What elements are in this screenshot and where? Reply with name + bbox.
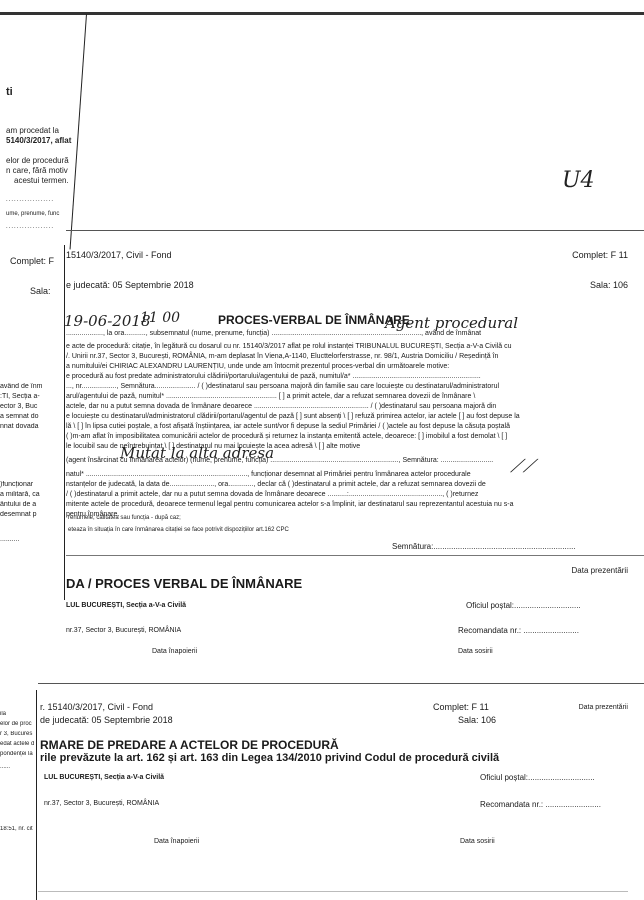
handwritten-motive: Mutat la alta adresa xyxy=(120,444,274,462)
divider xyxy=(66,555,644,556)
body-line: /. Unirii nr.37, Sector 3, București, RO… xyxy=(66,353,498,360)
body-line: ( )m-am aflat în imposibilitatea comunic… xyxy=(66,433,507,440)
left-fragment: a semnat do xyxy=(0,413,64,420)
case-number: 15140/3/2017, Civil - Fond xyxy=(66,250,172,260)
section-title: DA / PROCES VERBAL DE ÎNMÂNARE xyxy=(66,576,302,591)
page-overlap-edge xyxy=(64,245,65,600)
left-fragment: pondenței la xyxy=(0,751,36,757)
data-sosirii: Data sosirii xyxy=(460,838,495,845)
section-title: RMARE DE PREDARE A ACTELOR DE PROCEDURĂ xyxy=(40,738,339,752)
left-fragment: .................. xyxy=(6,224,54,230)
body-line: arul/agentului de pază, numitul* .......… xyxy=(66,393,475,400)
footnote: eteaza în situația în care înmânarea cit… xyxy=(68,527,289,533)
left-fragment: n care, fără motiv xyxy=(6,166,68,175)
body-line: mitente actele de procedură, deoarece te… xyxy=(66,501,513,508)
body-line: lă \ [ ] în lipsa cutiei poștale, a fost… xyxy=(66,423,510,430)
body-line: a numitului/ei CHIRIAC ALEXANDRU LAURENȚ… xyxy=(66,363,449,370)
left-fragment: ...... xyxy=(0,764,36,770)
left-fragment: Complet: F xyxy=(10,256,54,266)
left-fragment: .................. xyxy=(6,197,54,203)
signature-line: Semnătura:..............................… xyxy=(392,542,576,551)
left-fragment: nnat dovada xyxy=(0,423,64,430)
body-line: nstanțelor de judecată, la data de......… xyxy=(66,481,486,488)
sala-label: Sala: 106 xyxy=(458,715,496,725)
page-fold-edge xyxy=(70,14,87,249)
body-line: ..................., la ora..........., … xyxy=(66,330,481,337)
signature-scribble: ⟋⟋ xyxy=(510,456,535,477)
body-line: natul* .................................… xyxy=(66,471,471,478)
left-fragment: desemnat p xyxy=(0,511,64,518)
left-fragment: am procedat la xyxy=(6,126,59,135)
court-name: LUL BUCUREȘTI, Secția a-V-a Civilă xyxy=(44,774,164,781)
left-fragment: )funcționar xyxy=(0,481,64,488)
left-fragment: Sala: xyxy=(30,286,51,296)
left-fragment: r 3, Bucures xyxy=(0,731,36,737)
section-subtitle: rile prevăzute la art. 162 și art. 163 d… xyxy=(40,752,499,764)
court-name: LUL BUCUREȘTI, Secția a-V-a Civilă xyxy=(66,602,186,609)
left-fragment: ector 3, Buc xyxy=(0,403,64,410)
handwritten-time: 11 00 xyxy=(140,310,180,326)
left-fragment: ântului de a xyxy=(0,501,64,508)
handwritten-date: 19-06-2018 xyxy=(64,312,150,330)
hearing-date: de judecată: 05 Septembrie 2018 xyxy=(40,715,173,725)
recomandata-field: Recomandata nr.: .......................… xyxy=(480,800,601,809)
complet-label: Complet: F 11 xyxy=(572,250,628,260)
left-fragment: 5140/3/2017, aflat xyxy=(6,136,71,145)
footnote: renumele, calitatea sau funcția - după c… xyxy=(68,515,181,521)
complet-label: Complet: F 11 xyxy=(433,702,489,712)
body-line: e procedură au fost predate administrato… xyxy=(66,373,481,380)
body-line: actele, dar nu a putut semna dovada de î… xyxy=(66,403,496,410)
handwritten-page-mark: U4 xyxy=(562,168,595,193)
document-title: PROCES-VERBAL DE ÎNMÂNARE xyxy=(218,313,410,327)
sala-label: Sala: 106 xyxy=(590,280,628,290)
divider xyxy=(38,683,644,684)
left-fragment: 18:51, nr. cit xyxy=(0,826,36,832)
divider xyxy=(66,230,644,231)
data-sosirii: Data sosirii xyxy=(458,648,493,655)
body-line: e locuiește cu destinatarul/administrato… xyxy=(66,413,520,420)
hearing-date: e judecată: 05 Septembrie 2018 xyxy=(66,280,194,290)
court-address: nr.37, Sector 3, București, ROMÂNIA xyxy=(66,627,181,634)
data-inapoierii: Data înapoierii xyxy=(154,838,199,845)
left-fragment: edat actele d xyxy=(0,741,36,747)
left-fragment: :TI, Secția a- xyxy=(0,393,64,400)
court-address: nr.37, Sector 3, București, ROMÂNIA xyxy=(44,800,159,807)
data-inapoierii: Data înapoierii xyxy=(152,648,197,655)
left-fragment: ilă xyxy=(0,711,36,717)
data-prezentarii: Data prezentării xyxy=(579,704,628,711)
body-line: / ( )destinatarul a primit actele, dar n… xyxy=(66,491,478,498)
recomandata-field: Recomandata nr.: .......................… xyxy=(458,626,579,635)
scan-top-border xyxy=(0,12,644,15)
divider xyxy=(38,891,628,892)
left-fragment: ume, prenume, func xyxy=(6,211,59,217)
oficiul-postal-field: Oficiul poștal:.........................… xyxy=(466,601,581,610)
body-line: ..., nr.................., Semnătura....… xyxy=(66,383,499,390)
left-fragment: ti xyxy=(6,86,13,98)
left-fragment: elor de procedură xyxy=(6,156,69,165)
body-line: e acte de procedură: citație, în legătur… xyxy=(66,343,512,350)
data-prezentarii: Data prezentării xyxy=(572,566,628,575)
left-fragment: elor de proc xyxy=(0,721,36,727)
left-fragment: acestui termen. xyxy=(14,176,69,185)
left-fragment: a militară, ca xyxy=(0,491,64,498)
case-number: r. 15140/3/2017, Civil - Fond xyxy=(40,702,153,712)
oficiul-postal-field: Oficiul poștal:.........................… xyxy=(480,773,595,782)
left-fragment: având de înm xyxy=(0,383,64,390)
left-fragment: .......... xyxy=(0,536,64,543)
page-overlap-edge-bottom xyxy=(36,690,37,900)
